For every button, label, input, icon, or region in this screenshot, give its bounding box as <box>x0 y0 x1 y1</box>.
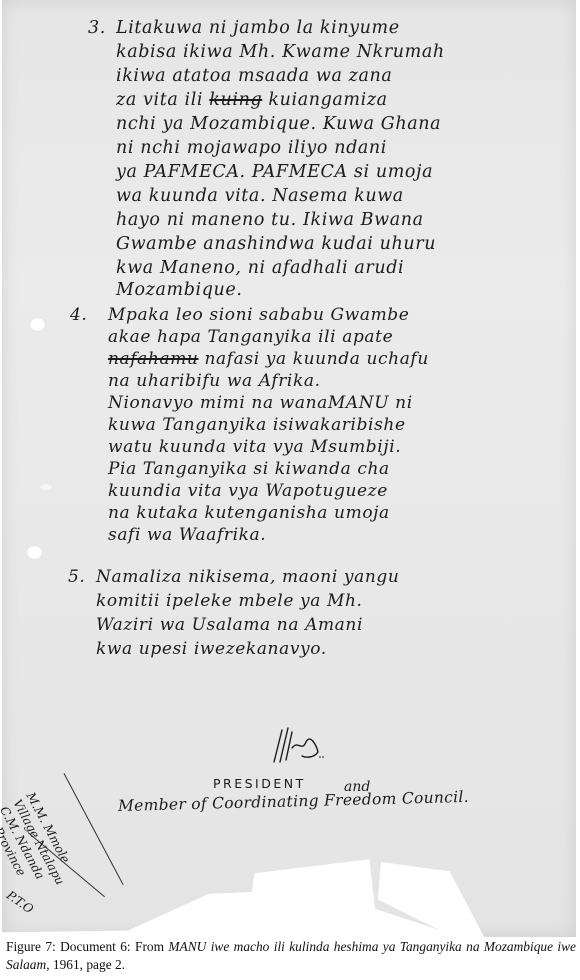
text-line: na uharibifu wa Afrika. <box>108 371 321 391</box>
text-line: na kutaka kutenganisha umoja <box>108 503 390 523</box>
caption-suffix: , 1961, page 2. <box>46 957 125 972</box>
text-line: kabisa ikiwa Mh. Kwame Nkrumah <box>116 42 445 62</box>
punch-hole-top <box>29 317 46 332</box>
text-line: kuundia vita vya Wapotugueze <box>108 481 388 501</box>
caption-prefix: Figure 7: Document 6: From <box>6 939 168 954</box>
handwritten-signature <box>262 722 332 772</box>
struck-word: nafahamu <box>108 349 198 369</box>
text-line: Litakuwa ni jambo la kinyume <box>116 18 400 38</box>
figure-caption: Figure 7: Document 6: From MANU iwe mach… <box>6 938 576 974</box>
text-line: Nionavyo mimi na wanaMANU ni <box>108 393 413 413</box>
text-fragment: za vita ili <box>116 90 203 110</box>
text-line: za vita ili kuing kuiangamiza <box>116 90 388 110</box>
punch-hole-bottom <box>26 545 43 560</box>
text-line: ni nchi mojawapo iliyo ndani <box>116 138 387 158</box>
text-fragment: nafasi ya kuunda uchafu <box>204 349 428 369</box>
text-line: kuwa Tanganyika isiwakaribishe <box>108 415 406 435</box>
text-line: akae hapa Tanganyika ili apate <box>108 327 393 347</box>
text-line: safi wa Waafrika. <box>108 525 266 545</box>
paragraph-number: 3. <box>88 18 106 38</box>
text-line: Namaliza nikisema, maoni yangu <box>96 567 399 587</box>
text-line: kwa upesi iwezekanavyo. <box>96 639 327 659</box>
signatory-title: PRESIDENT <box>213 776 306 791</box>
text-line: ikiwa atatoa msaada wa zana <box>116 66 392 86</box>
text-line: nchi ya Mozambique. Kuwa Ghana <box>116 114 441 134</box>
text-line: Mpaka leo sioni sababu Gwambe <box>108 305 409 325</box>
text-line: kwa Maneno, ni afadhali arudi <box>116 258 404 278</box>
text-line: Waziri wa Usalama na Amani <box>96 615 363 635</box>
text-line: nafahamu nafasi ya kuunda uchafu <box>108 349 429 369</box>
text-line: Pia Tanganyika si kiwanda cha <box>108 459 390 479</box>
paragraph-number: 4. <box>70 305 87 325</box>
text-line: komitii ipeleke mbele ya Mh. <box>96 591 363 611</box>
paper-speck <box>40 484 52 490</box>
paragraph-number: 5. <box>68 567 85 587</box>
text-line: watu kuunda vita vya Msumbiji. <box>108 437 401 457</box>
text-line: ya PAFMECA. PAFMECA si umoja <box>116 162 433 182</box>
text-line: wa kuunda vita. Nasema kuwa <box>116 186 404 206</box>
text-line: hayo ni maneno tu. Ikiwa Bwana <box>116 210 424 230</box>
text-line: Gwambe anashindwa kudai uhuru <box>116 234 436 254</box>
text-line: Mozambique. <box>116 280 243 300</box>
struck-word: kuing <box>209 90 262 110</box>
text-fragment: kuiangamiza <box>268 90 387 110</box>
